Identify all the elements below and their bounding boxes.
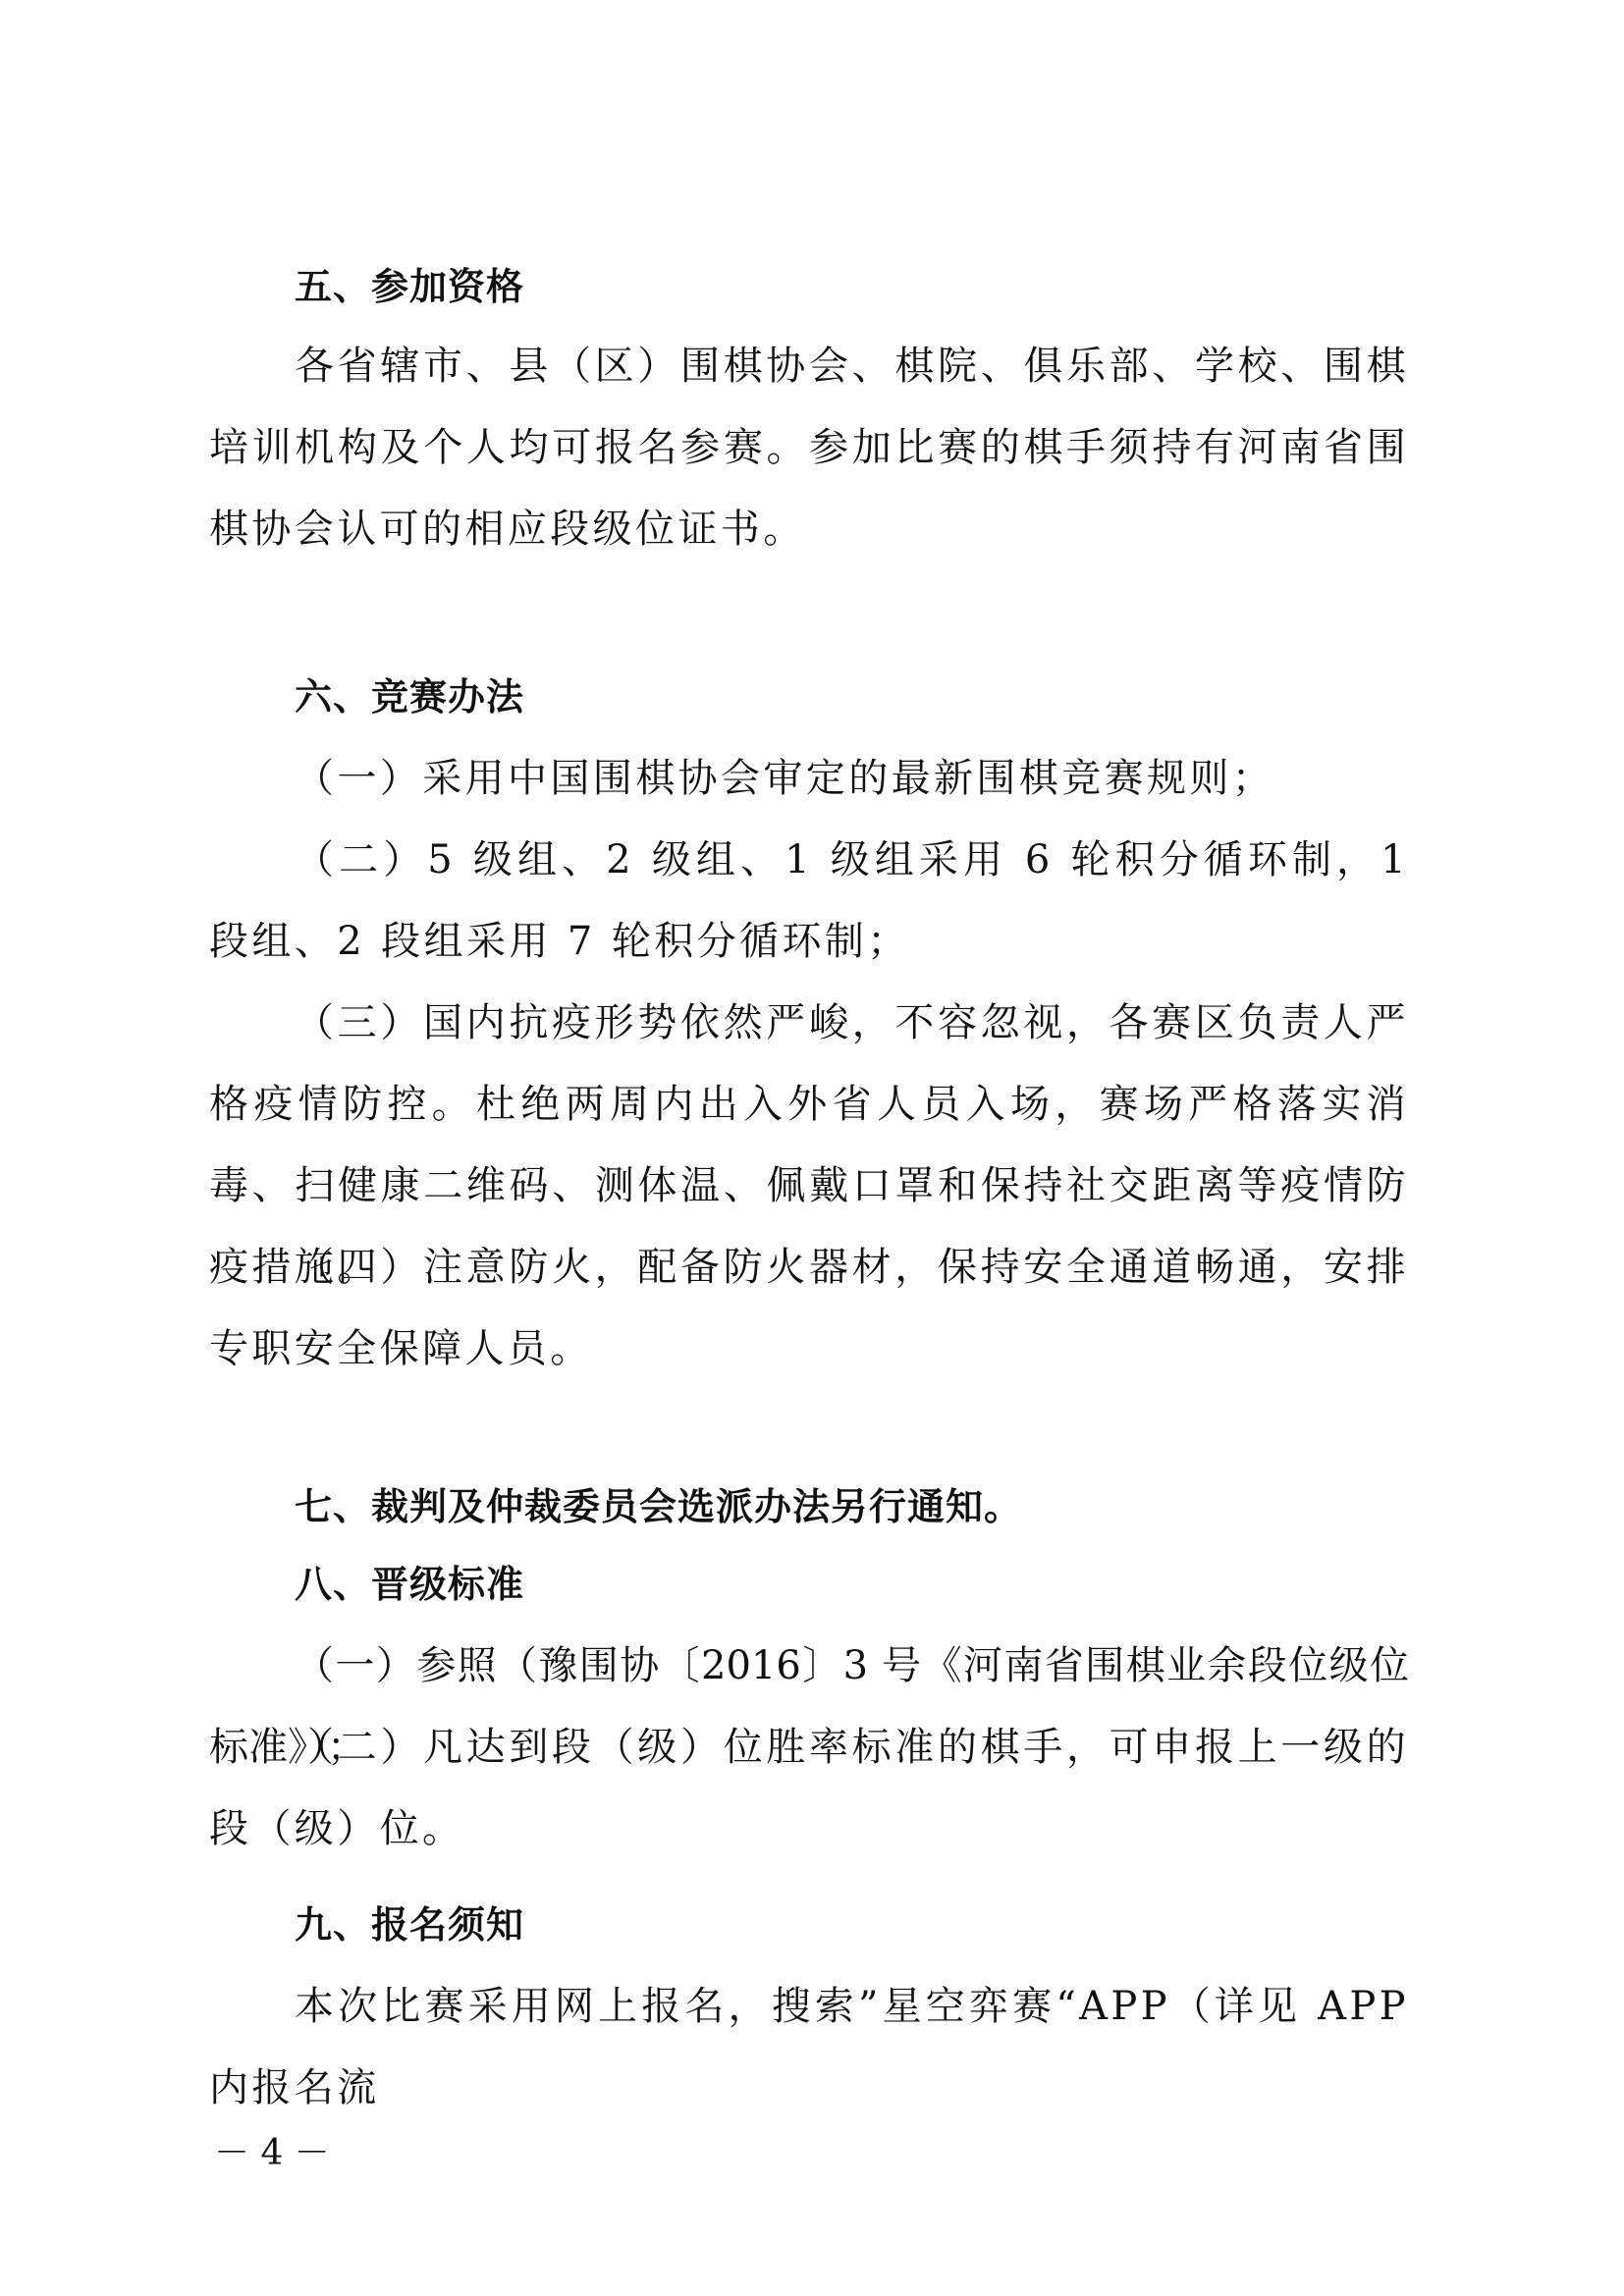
section-heading-referees: 七、裁判及仲裁委员会选派办法另行通知。 [295, 1483, 1022, 1530]
section-heading-eligibility: 五、参加资格 [295, 263, 524, 310]
paragraph-fire-safety: （四）注意防火，配备防火器材，保持安全通道畅通，安排专职安全保障人员。 [209, 1227, 1409, 1390]
paragraph-competition-rules: （一）采用中国围棋协会审定的最新围棋竞赛规则； [209, 738, 1409, 820]
page-number: － 4 － [214, 2132, 330, 2175]
paragraph-promotion-criteria: （二）凡达到段（级）位胜率标准的棋手，可申报上一级的段（级）位。 [209, 1707, 1409, 1870]
section-heading-promotion-standard: 八、晋级标准 [295, 1561, 524, 1608]
section-heading-competition-method: 六、竞赛办法 [295, 673, 524, 721]
paragraph-eligibility: 各省辖市、县（区）围棋协会、棋院、俱乐部、学校、围棋培训机构及个人均可报名参赛。… [209, 326, 1409, 570]
section-heading-registration: 九、报名须知 [295, 1901, 524, 1949]
paragraph-registration: 本次比赛采用网上报名，搜索”星空弈赛“APP（详见 APP 内报名流 [209, 1966, 1409, 2129]
paragraph-competition-format: （二）5 级组、2 级组、1 级组采用 6 轮积分循环制，1 段组、2 段组采用… [209, 820, 1409, 983]
